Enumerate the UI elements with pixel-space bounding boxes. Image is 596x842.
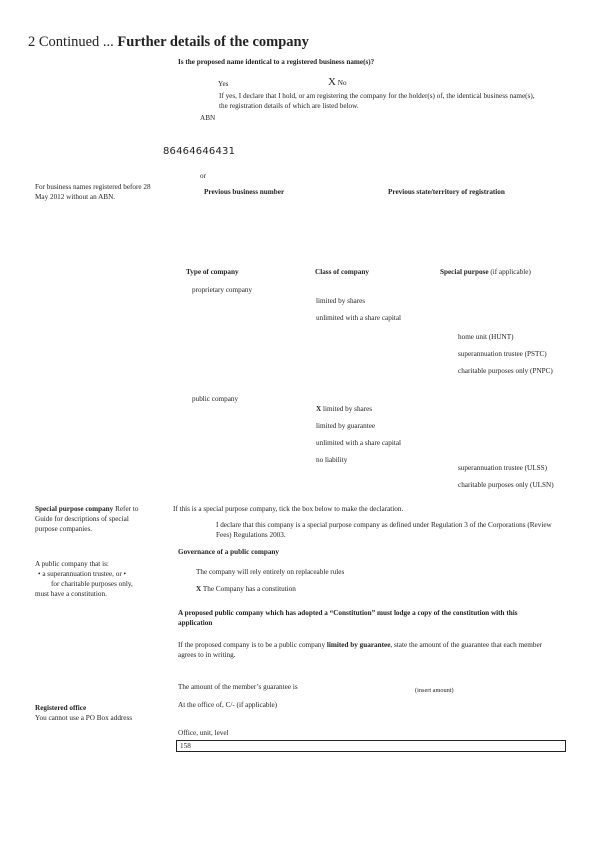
special-purpose-side-text: Refer to: [115, 505, 138, 513]
guarantee-instruction-line-2: agrees to in writing.: [178, 650, 236, 660]
type-proprietary-option[interactable]: proprietary company: [192, 285, 252, 295]
class-proprietary-unlimited[interactable]: unlimited with a share capital: [316, 313, 401, 323]
class-public-limited-guarantee[interactable]: limited by guarantee: [316, 421, 375, 431]
prev-state-header: Previous state/territory of registration: [388, 187, 505, 197]
class-of-company-header: Class of company: [315, 267, 369, 277]
identical-name-question: Is the proposed name identical to a regi…: [178, 57, 374, 67]
abn-value[interactable]: 86464646431: [163, 146, 235, 157]
section-number: 2: [28, 34, 35, 50]
side-note-line-2: May 2012 without an ABN.: [35, 192, 115, 202]
governance-side-line-4: must have a constitution.: [35, 589, 107, 599]
guarantee-bold-text: limited by guarantee: [327, 641, 390, 649]
registered-office-note: You cannot use a PO Box address: [35, 713, 132, 723]
option-label: The company will rely entirely on replac…: [196, 568, 344, 576]
guarantee-amount-label: The amount of the member’s guarantee is: [178, 682, 298, 692]
special-purpose-side-line-3: purpose companies.: [35, 524, 92, 534]
prev-business-number-header: Previous business number: [204, 187, 284, 197]
special-ulsn-option[interactable]: charitable purposes only (ULSN): [458, 480, 554, 490]
yes-option[interactable]: Yes: [218, 79, 228, 89]
class-public-limited-shares[interactable]: X limited by shares: [316, 404, 372, 414]
option-label: limited by shares: [316, 297, 365, 305]
care-of-label: At the office of, C/- (if applicable): [178, 700, 277, 710]
replaceable-rules-option[interactable]: The company will rely entirely on replac…: [196, 567, 344, 577]
class-public-unlimited[interactable]: unlimited with a share capital: [316, 438, 401, 448]
type-public-option[interactable]: public company: [192, 394, 238, 404]
check-mark: X: [196, 585, 201, 593]
constitution-note-line-2: application: [178, 618, 212, 628]
special-pstc-option[interactable]: superannuation trustee (PSTC): [458, 349, 547, 359]
special-purpose-header-suffix: (if applicable): [490, 268, 531, 276]
special-purpose-header-label: Special purpose: [440, 268, 489, 276]
governance-header: Governance of a public company: [178, 547, 279, 557]
guarantee-amount-hint[interactable]: (insert amount): [415, 686, 454, 695]
office-unit-level-input[interactable]: 158: [176, 740, 566, 752]
declaration-line-2: the registration details of which are li…: [219, 101, 359, 111]
special-purpose-side-line-1: Special purpose company Refer to: [35, 504, 138, 514]
guarantee-instruction-line-1: If the proposed company is to be a publi…: [178, 640, 542, 650]
side-note-line-1: For business names registered before 28: [35, 182, 151, 192]
class-public-no-liability[interactable]: no liability: [316, 455, 347, 465]
special-pnpc-option[interactable]: charitable purposes only (PNPC): [458, 366, 553, 376]
special-purpose-side-title: Special purpose company: [35, 505, 113, 513]
class-proprietary-limited-shares[interactable]: limited by shares: [316, 296, 365, 306]
special-hunt-option[interactable]: home unit (HUNT): [458, 332, 514, 342]
option-label: The Company has a constitution: [203, 585, 296, 593]
no-label: No: [338, 79, 347, 87]
has-constitution-option[interactable]: X The Company has a constitution: [196, 584, 296, 594]
declaration-line-1: If yes, I declare that I hold, or am reg…: [219, 91, 535, 101]
section-prefix: Continued ...: [39, 34, 114, 50]
guarantee-text: If the proposed company is to be a publi…: [178, 641, 325, 649]
option-label: limited by guarantee: [316, 422, 375, 430]
abn-label: ABN: [200, 113, 215, 123]
constitution-note-line-1: A proposed public company which has adop…: [178, 608, 518, 618]
section-heading: Further details of the company: [117, 34, 308, 50]
special-purpose-side-line-2: Guide for descriptions of special: [35, 514, 129, 524]
section-title: 2 Continued ... Further details of the c…: [28, 33, 309, 51]
governance-side-line-2: • a superannuation trustee, or •: [38, 569, 126, 579]
registered-office-title: Registered office: [35, 703, 86, 713]
check-mark: X: [316, 405, 321, 413]
special-purpose-header: Special purpose (if applicable): [440, 267, 531, 277]
special-purpose-declaration-line-1[interactable]: I declare that this company is a special…: [216, 520, 552, 530]
option-label: no liability: [316, 456, 347, 464]
option-label: unlimited with a share capital: [316, 314, 401, 322]
no-option[interactable]: X No: [328, 77, 347, 88]
type-of-company-header: Type of company: [186, 267, 239, 277]
option-label: unlimited with a share capital: [316, 439, 401, 447]
special-purpose-declaration-line-2: Fees) Regulations 2003.: [216, 530, 286, 540]
office-unit-level-label: Office, unit, level: [178, 728, 229, 738]
guarantee-text-post: , state the amount of the guarantee that…: [390, 641, 542, 649]
special-ulss-option[interactable]: superannuation trustee (ULSS): [458, 463, 547, 473]
no-checked-mark: X: [328, 76, 336, 88]
special-purpose-instruction: If this is a special purpose company, ti…: [173, 504, 403, 514]
governance-side-line-1: A public company that is:: [35, 559, 109, 569]
option-label: limited by shares: [323, 405, 372, 413]
governance-side-line-3: for charitable purposes only,: [51, 579, 133, 589]
or-label: or: [200, 171, 206, 181]
